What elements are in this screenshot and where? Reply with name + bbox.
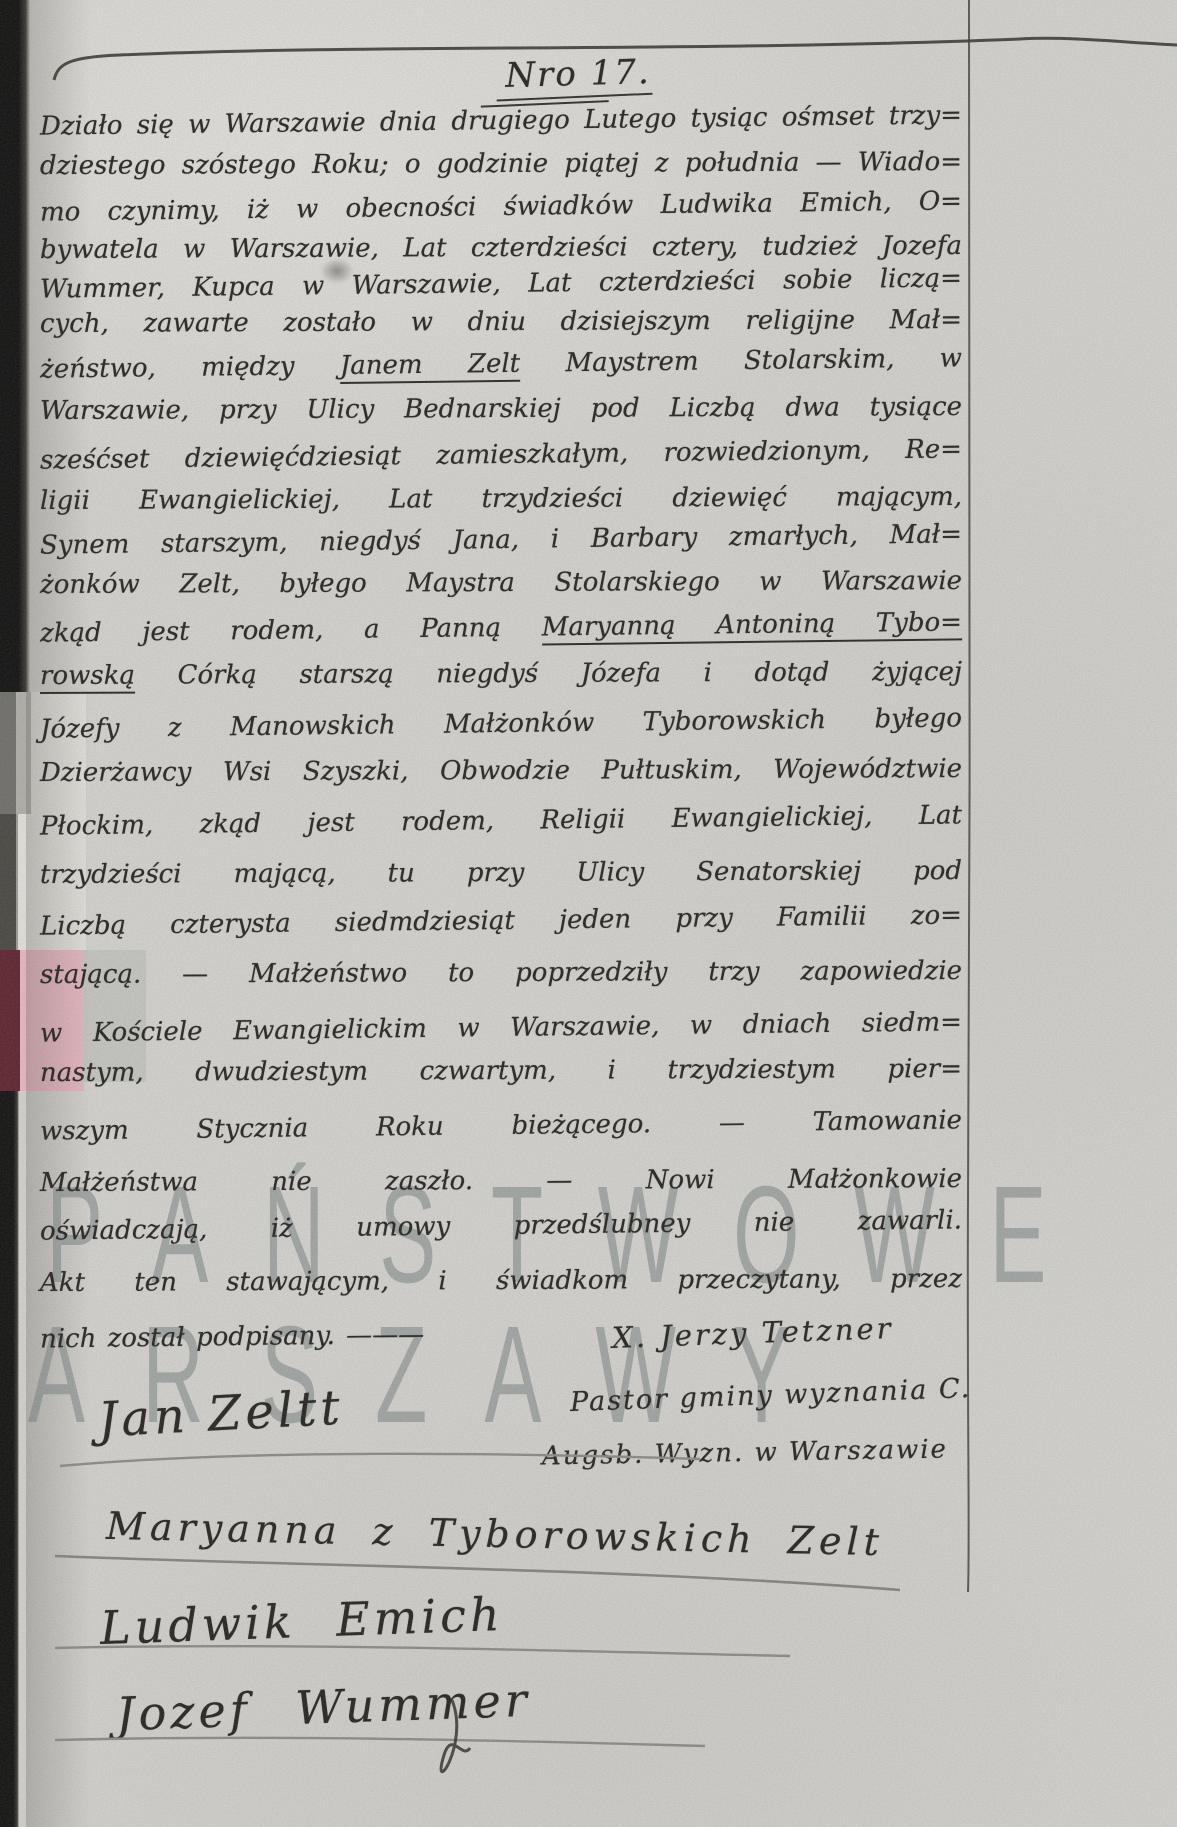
manuscript-line: dziestego szóstego Roku; o godzinie piąt… bbox=[40, 142, 962, 188]
manuscript-line: Płockim, zkąd jest rodem, Religii Ewangi… bbox=[40, 795, 962, 848]
manuscript-line: Józefy z Manowskich Małżonków Tyborowski… bbox=[40, 698, 962, 751]
manuscript-line: w Kościele Ewangielickim w Warszawie, w … bbox=[40, 1002, 962, 1055]
manuscript-line: Akt ten stawającym, i świadkom przeczyta… bbox=[40, 1259, 962, 1305]
manuscript-line: sześćset dziewięćdziesiąt zamieszkałym, … bbox=[40, 429, 962, 482]
manuscript-line: nastym, dwudziestym czwartym, i trzydzie… bbox=[40, 1049, 962, 1095]
scan-page: PAŃSTWOWE ARSZAWY Nro 17. Działo się w W… bbox=[0, 0, 1177, 1827]
manuscript-line: nich został podpisany. ——— bbox=[40, 1313, 610, 1362]
manuscript-line: Warszawie, przy Ulicy Bednarskiej pod Li… bbox=[40, 387, 962, 433]
manuscript-line: wszym Stycznia Roku bieżącego. — Tamowan… bbox=[40, 1100, 962, 1153]
manuscript-line: rowską Córką starszą niegdyś Józefa i do… bbox=[40, 652, 962, 698]
manuscript-line: Małżeństwa nie zaszło. — Nowi Małżonkowi… bbox=[40, 1159, 962, 1205]
manuscript-line: Dzierżawcy Wsi Szyszki, Obwodzie Pułtusk… bbox=[40, 749, 962, 795]
manuscript-line: trzydzieści mającą, tu przy Ulicy Senato… bbox=[40, 851, 962, 897]
manuscript-line: oświadczają, iż umowy przedślubney nie z… bbox=[40, 1200, 962, 1253]
manuscript-line: stającą. — Małżeństwo to poprzedziły trz… bbox=[40, 951, 962, 997]
manuscript-line: Działo się w Warszawie dnia drugiego Lut… bbox=[40, 95, 962, 148]
manuscript-line: zkąd jest rodem, a Panną Maryanną Antoni… bbox=[40, 602, 962, 655]
manuscript-line: Liczbą czterysta siedmdziesiąt jeden prz… bbox=[40, 895, 962, 948]
manuscript-line: żonków Zelt, byłego Maystra Stolarskiego… bbox=[40, 561, 962, 607]
manuscript-line: żeństwo, między Janem Zelt Maystrem Stol… bbox=[40, 338, 962, 391]
